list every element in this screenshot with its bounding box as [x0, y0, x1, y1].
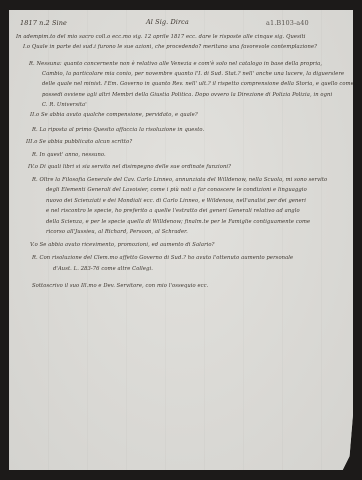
text-line: ricorso all'Jussieu, al Richard, Persoon… — [46, 229, 188, 235]
text-line: Sottoscrivo il suo Ill.mo e Dev. Servito… — [32, 283, 208, 289]
text-line: delle quale nel minist. l'Em. Governo in… — [42, 81, 354, 87]
text-line: I.o Quale in parte dei sud.i furono le s… — [23, 44, 317, 50]
scanned-document-page: 1817 n.2 Sine Al Sig. Dirca a1.B103-a40 … — [9, 10, 353, 470]
text-line: nuovo dei Scienziati e dei Mondiali ecc.… — [46, 198, 306, 204]
text-line: R. In quest' anno, nessuno. — [32, 152, 106, 158]
text-line: Cambio, la particolare mia conio, per no… — [42, 71, 344, 77]
text-line: R. Oltre la Filosofia Generale del Cav. … — [32, 177, 327, 183]
text-line: II.o Se abbia avuto qualche compensione,… — [30, 112, 198, 118]
text-line: In adempim.to del mio sacro coll.o ecc.m… — [16, 34, 306, 40]
text-line: possedi ovviene agli altri Membri della … — [42, 92, 332, 98]
header-right-archive-code: a1.B103-a40 — [266, 19, 309, 27]
text-line: degli Elementi Generali del Lavoisier, c… — [46, 187, 307, 193]
text-line: R. La riposta al primo Quesito affaccia … — [32, 127, 204, 133]
text-line: C. R. Universita' — [42, 102, 87, 108]
text-line: della Scienza, e per le specie quella di… — [46, 219, 310, 225]
text-line: IV.o Di quali libri si sia servito nel d… — [28, 164, 231, 170]
text-line: III.o Se abbia pubblicato alcun scritto? — [26, 139, 132, 145]
header-center-addressee: Al Sig. Dirca — [146, 18, 189, 26]
text-line: V.o Se abbia avuto ricevimento, promozio… — [30, 242, 215, 248]
text-line: e nel riscontro le specie, ho preferito … — [46, 208, 300, 214]
text-line: R. Con risoluzione del Clem.mo affetto G… — [32, 255, 293, 261]
text-line: d'Aust. L. 283-76 come altre Collegi. — [53, 266, 153, 272]
text-line: R. Nessuna: quanto concernente non è rel… — [29, 61, 322, 67]
header-left-date: 1817 n.2 Sine — [20, 19, 67, 27]
